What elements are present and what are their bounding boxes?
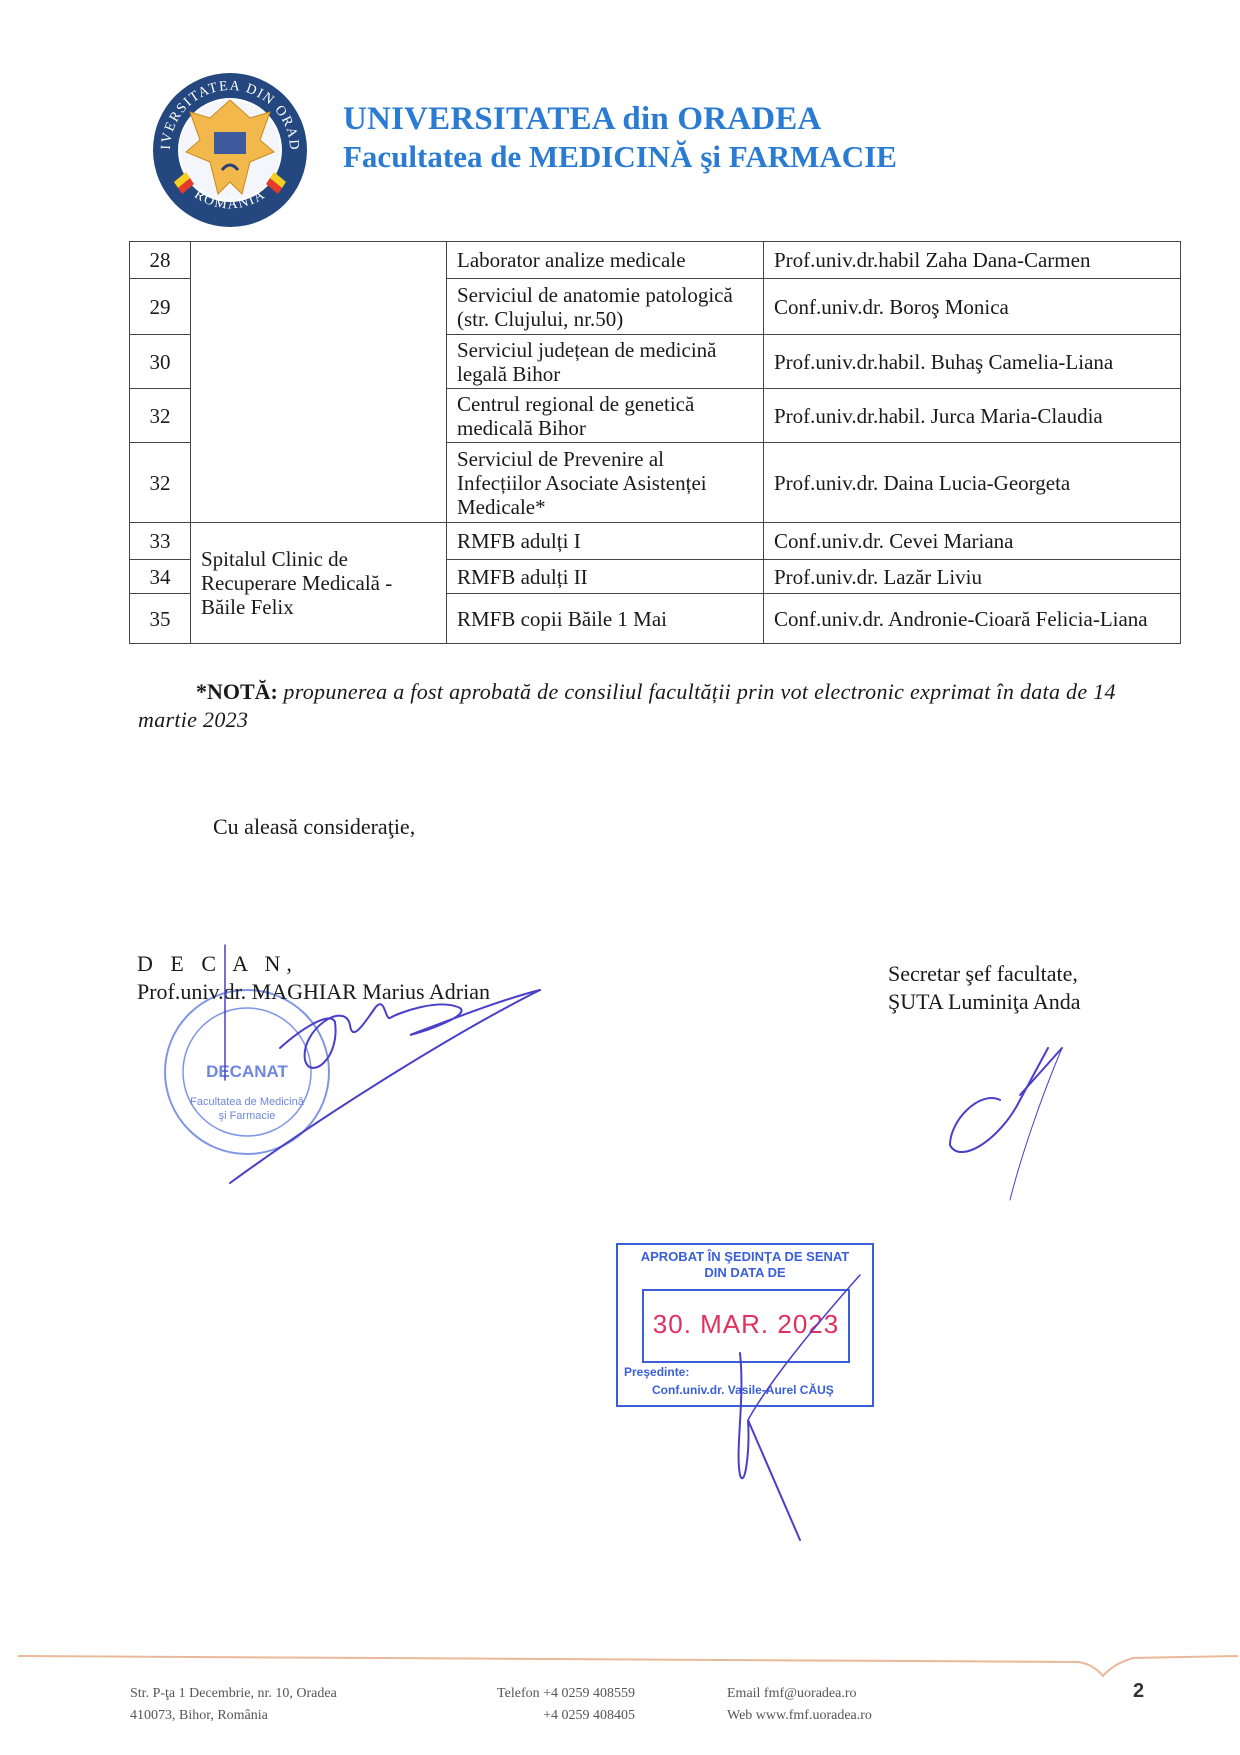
footer-email: Email fmf@uoradea.ro [727,1683,872,1705]
stamp-president-name: Conf.univ.dr. Vasile-Aurel CĂUŞ [652,1383,834,1397]
department-cell: Laborator analize medicale [447,242,764,279]
department-cell: Centrul regional de genetică medicală Bi… [447,389,764,443]
location-cell: Spitalul Clinic de Recuperare Medicală -… [191,523,447,644]
stamp-subheading: DIN DATA DE [618,1265,872,1281]
page-number: 2 [1133,1680,1144,1703]
row-number: 34 [130,560,191,594]
note-text: propunerea a fost aprobată de consiliul … [138,679,1116,732]
svg-text:DECANAT: DECANAT [206,1062,288,1081]
coordinator-cell: Conf.univ.dr. Cevei Mariana [764,523,1181,560]
secretary-signature-block: Secretar şef facultate, ŞUTA Luminiţa An… [888,960,1081,1016]
coordinators-table: 28 Laborator analize medicale Prof.univ.… [129,241,1181,644]
coordinator-cell: Prof.univ.dr.habil. Jurca Maria-Claudia [764,389,1181,443]
secretary-title: Secretar şef facultate, [888,960,1081,988]
stamp-president-label: Preşedinte: [624,1365,689,1379]
coordinator-cell: Conf.univ.dr. Boroş Monica [764,279,1181,335]
location-cell [191,242,447,523]
footer-phone: Telefon +4 0259 408559 +4 0259 408405 [465,1683,635,1727]
department-cell: RMFB adulți II [447,560,764,594]
footer-contact: Email fmf@uoradea.ro Web www.fmf.uoradea… [727,1683,872,1727]
closing-salutation: Cu aleasă consideraţie, [213,814,415,840]
coordinator-cell: Prof.univ.dr.habil. Buhaş Camelia-Liana [764,335,1181,389]
svg-text:şi Farmacie: şi Farmacie [219,1110,276,1122]
row-number: 35 [130,594,191,644]
coordinator-cell: Conf.univ.dr. Andronie-Cioară Felicia-Li… [764,594,1181,644]
stamp-heading: APROBAT ÎN ŞEDINŢA DE SENAT [618,1249,872,1265]
letterhead-title: UNIVERSITATEA din ORADEA Facultatea de M… [343,100,897,176]
note-label: *NOTĂ: [196,679,278,704]
dean-seal: DECANAT Facultatea de Medicină şi Farmac… [160,985,335,1160]
coordinator-cell: Prof.univ.dr.habil Zaha Dana-Carmen [764,242,1181,279]
dean-signature-block: D E C A N, Prof.univ.dr. MAGHIAR Marius … [137,950,490,1006]
row-number: 33 [130,523,191,560]
table-row: 33 Spitalul Clinic de Recuperare Medical… [130,523,1181,560]
department-cell: Serviciul județean de medicină legală Bi… [447,335,764,389]
stamp-date-box: 30. MAR. 2023 [642,1289,850,1363]
footnote: *NOTĂ: propunerea a fost aprobată de con… [138,678,1178,734]
table-row: 28 Laborator analize medicale Prof.univ.… [130,242,1181,279]
row-number: 32 [130,389,191,443]
coordinator-cell: Prof.univ.dr. Lazăr Liviu [764,560,1181,594]
coordinator-cell: Prof.univ.dr. Daina Lucia-Georgeta [764,443,1181,523]
footer-web: Web www.fmf.uoradea.ro [727,1705,872,1727]
department-cell: RMFB copii Băile 1 Mai [447,594,764,644]
svg-text:Facultatea de Medicină: Facultatea de Medicină [190,1096,305,1108]
university-name: UNIVERSITATEA din ORADEA [343,100,897,138]
footer-divider [18,1650,1238,1680]
secretary-name: ŞUTA Luminiţa Anda [888,988,1081,1016]
faculty-name: Facultatea de MEDICINĂ şi FARMACIE [343,138,897,176]
department-cell: Serviciul de Prevenire al Infecțiilor As… [447,443,764,523]
dean-name: Prof.univ.dr. MAGHIAR Marius Adrian [137,978,490,1006]
row-number: 28 [130,242,191,279]
department-cell: Serviciul de anatomie patologică (str. C… [447,279,764,335]
row-number: 32 [130,443,191,523]
row-number: 30 [130,335,191,389]
department-cell: RMFB adulți I [447,523,764,560]
footer-address: Str. P-ţa 1 Decembrie, nr. 10, Oradea 41… [130,1683,337,1727]
dean-title: D E C A N, [137,950,490,978]
stamp-date: 30. MAR. 2023 [644,1309,848,1340]
university-seal-icon: UNIVERSITATEA DIN ORADEA ROMÂNIA [150,70,310,230]
approval-stamp: APROBAT ÎN ŞEDINŢA DE SENAT DIN DATA DE … [616,1243,874,1407]
row-number: 29 [130,279,191,335]
